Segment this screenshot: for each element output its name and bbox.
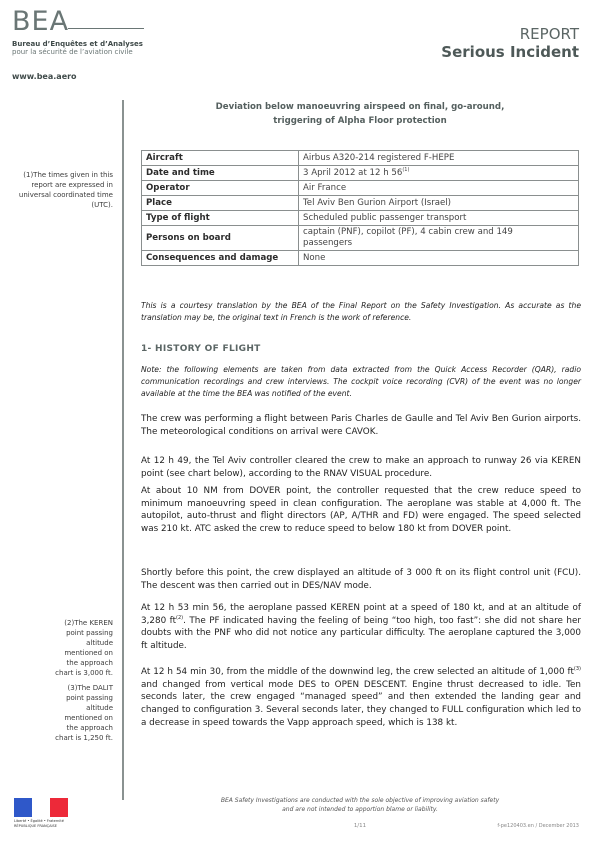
row-key: Type of flight — [142, 211, 299, 226]
logo-wordmark: BEA — [12, 8, 143, 35]
summary-table: Aircraft Airbus A320-214 registered F-HE… — [141, 150, 579, 266]
paragraph-2: At 12 h 49, the Tel Aviv controller clea… — [141, 455, 581, 480]
table-row: Operator Air France — [142, 181, 579, 196]
footer-line2: and are not intended to apportion blame … — [140, 805, 580, 814]
row-key: Date and time — [142, 166, 299, 181]
paragraph-6: At 12 h 54 min 30, from the middle of th… — [141, 666, 581, 730]
row-key: Operator — [142, 181, 299, 196]
title-line1: Deviation below manoeuvring airspeed on … — [140, 100, 580, 114]
side-note-1: (1)The times given in this report are ex… — [13, 170, 113, 210]
row-key: Persons on board — [142, 226, 299, 251]
date-time-value: 3 April 2012 at 12 h 56 — [303, 168, 402, 178]
table-row: Persons on board captain (PNF), copilot … — [142, 226, 579, 251]
paragraph-1: The crew was performing a flight between… — [141, 413, 581, 438]
footer-line1: BEA Safety Investigations are conducted … — [140, 796, 580, 805]
table-row: Aircraft Airbus A320-214 registered F-HE… — [142, 151, 579, 166]
report-type: Serious Incident — [441, 43, 579, 61]
row-key: Place — [142, 196, 299, 211]
p5-text-b: . The PF indicated having the feeling of… — [141, 616, 581, 651]
website-link[interactable]: www.bea.aero — [12, 72, 77, 81]
org-name-line1: Bureau d’Enquêtes et d’Analyses — [12, 40, 143, 48]
footnote-ref: (3) — [574, 666, 581, 672]
row-value: None — [299, 251, 579, 266]
footnote-ref: (1) — [402, 167, 409, 173]
document-reference: f-pe120403.en / December 2013 — [497, 823, 579, 829]
report-label: REPORT — [441, 25, 579, 43]
table-row: Type of flight Scheduled public passenge… — [142, 211, 579, 226]
report-title: Deviation below manoeuvring airspeed on … — [140, 100, 580, 128]
side-note-2: (2)The KEREN point passing altitude ment… — [51, 618, 113, 678]
paragraph-3: At about 10 NM from DOVER point, the con… — [141, 485, 581, 536]
p6-text-a: At 12 h 54 min 30, from the middle of th… — [141, 667, 574, 677]
section-heading: 1- HISTORY OF FLIGHT — [141, 344, 261, 354]
row-key: Aircraft — [142, 151, 299, 166]
row-value: Air France — [299, 181, 579, 196]
row-value: Airbus A320-214 registered F-HEPE — [299, 151, 579, 166]
logo-swoosh-icon — [68, 28, 144, 29]
footer-statement: BEA Safety Investigations are conducted … — [140, 796, 580, 814]
row-value: Tel Aviv Ben Gurion Airport (Israel) — [299, 196, 579, 211]
table-row: Date and time 3 April 2012 at 12 h 56(1) — [142, 166, 579, 181]
row-value: captain (PNF), copilot (PF), 4 cabin cre… — [299, 226, 579, 251]
side-note-3: (3)The DALIT point passing altitude ment… — [51, 683, 113, 743]
paragraph-4: Shortly before this point, the crew disp… — [141, 567, 581, 592]
row-value: Scheduled public passenger transport — [299, 211, 579, 226]
row-value: 3 April 2012 at 12 h 56(1) — [299, 166, 579, 181]
bea-logo: BEA Bureau d’Enquêtes et d’Analyses pour… — [12, 8, 143, 56]
row-key: Consequences and damage — [142, 251, 299, 266]
title-line2: triggering of Alpha Floor protection — [140, 114, 580, 128]
report-header: REPORT Serious Incident — [441, 25, 579, 61]
org-name-line2: pour la sécurité de l’aviation civile — [12, 48, 143, 56]
table-row: Place Tel Aviv Ben Gurion Airport (Israe… — [142, 196, 579, 211]
flag-caption: Liberté • Égalité • Fraternité RÉPUBLIQU… — [14, 819, 74, 829]
paragraph-5: At 12 h 53 min 56, the aeroplane passed … — [141, 602, 581, 653]
p6-text-b: and changed from vertical mode DES to OP… — [141, 680, 581, 728]
table-row: Consequences and damage None — [142, 251, 579, 266]
translation-disclaimer: This is a courtesy translation by the BE… — [141, 300, 581, 324]
french-republic-flag-icon — [14, 798, 68, 817]
margin-divider — [122, 100, 124, 800]
section-note: Note: the following elements are taken f… — [141, 364, 581, 400]
